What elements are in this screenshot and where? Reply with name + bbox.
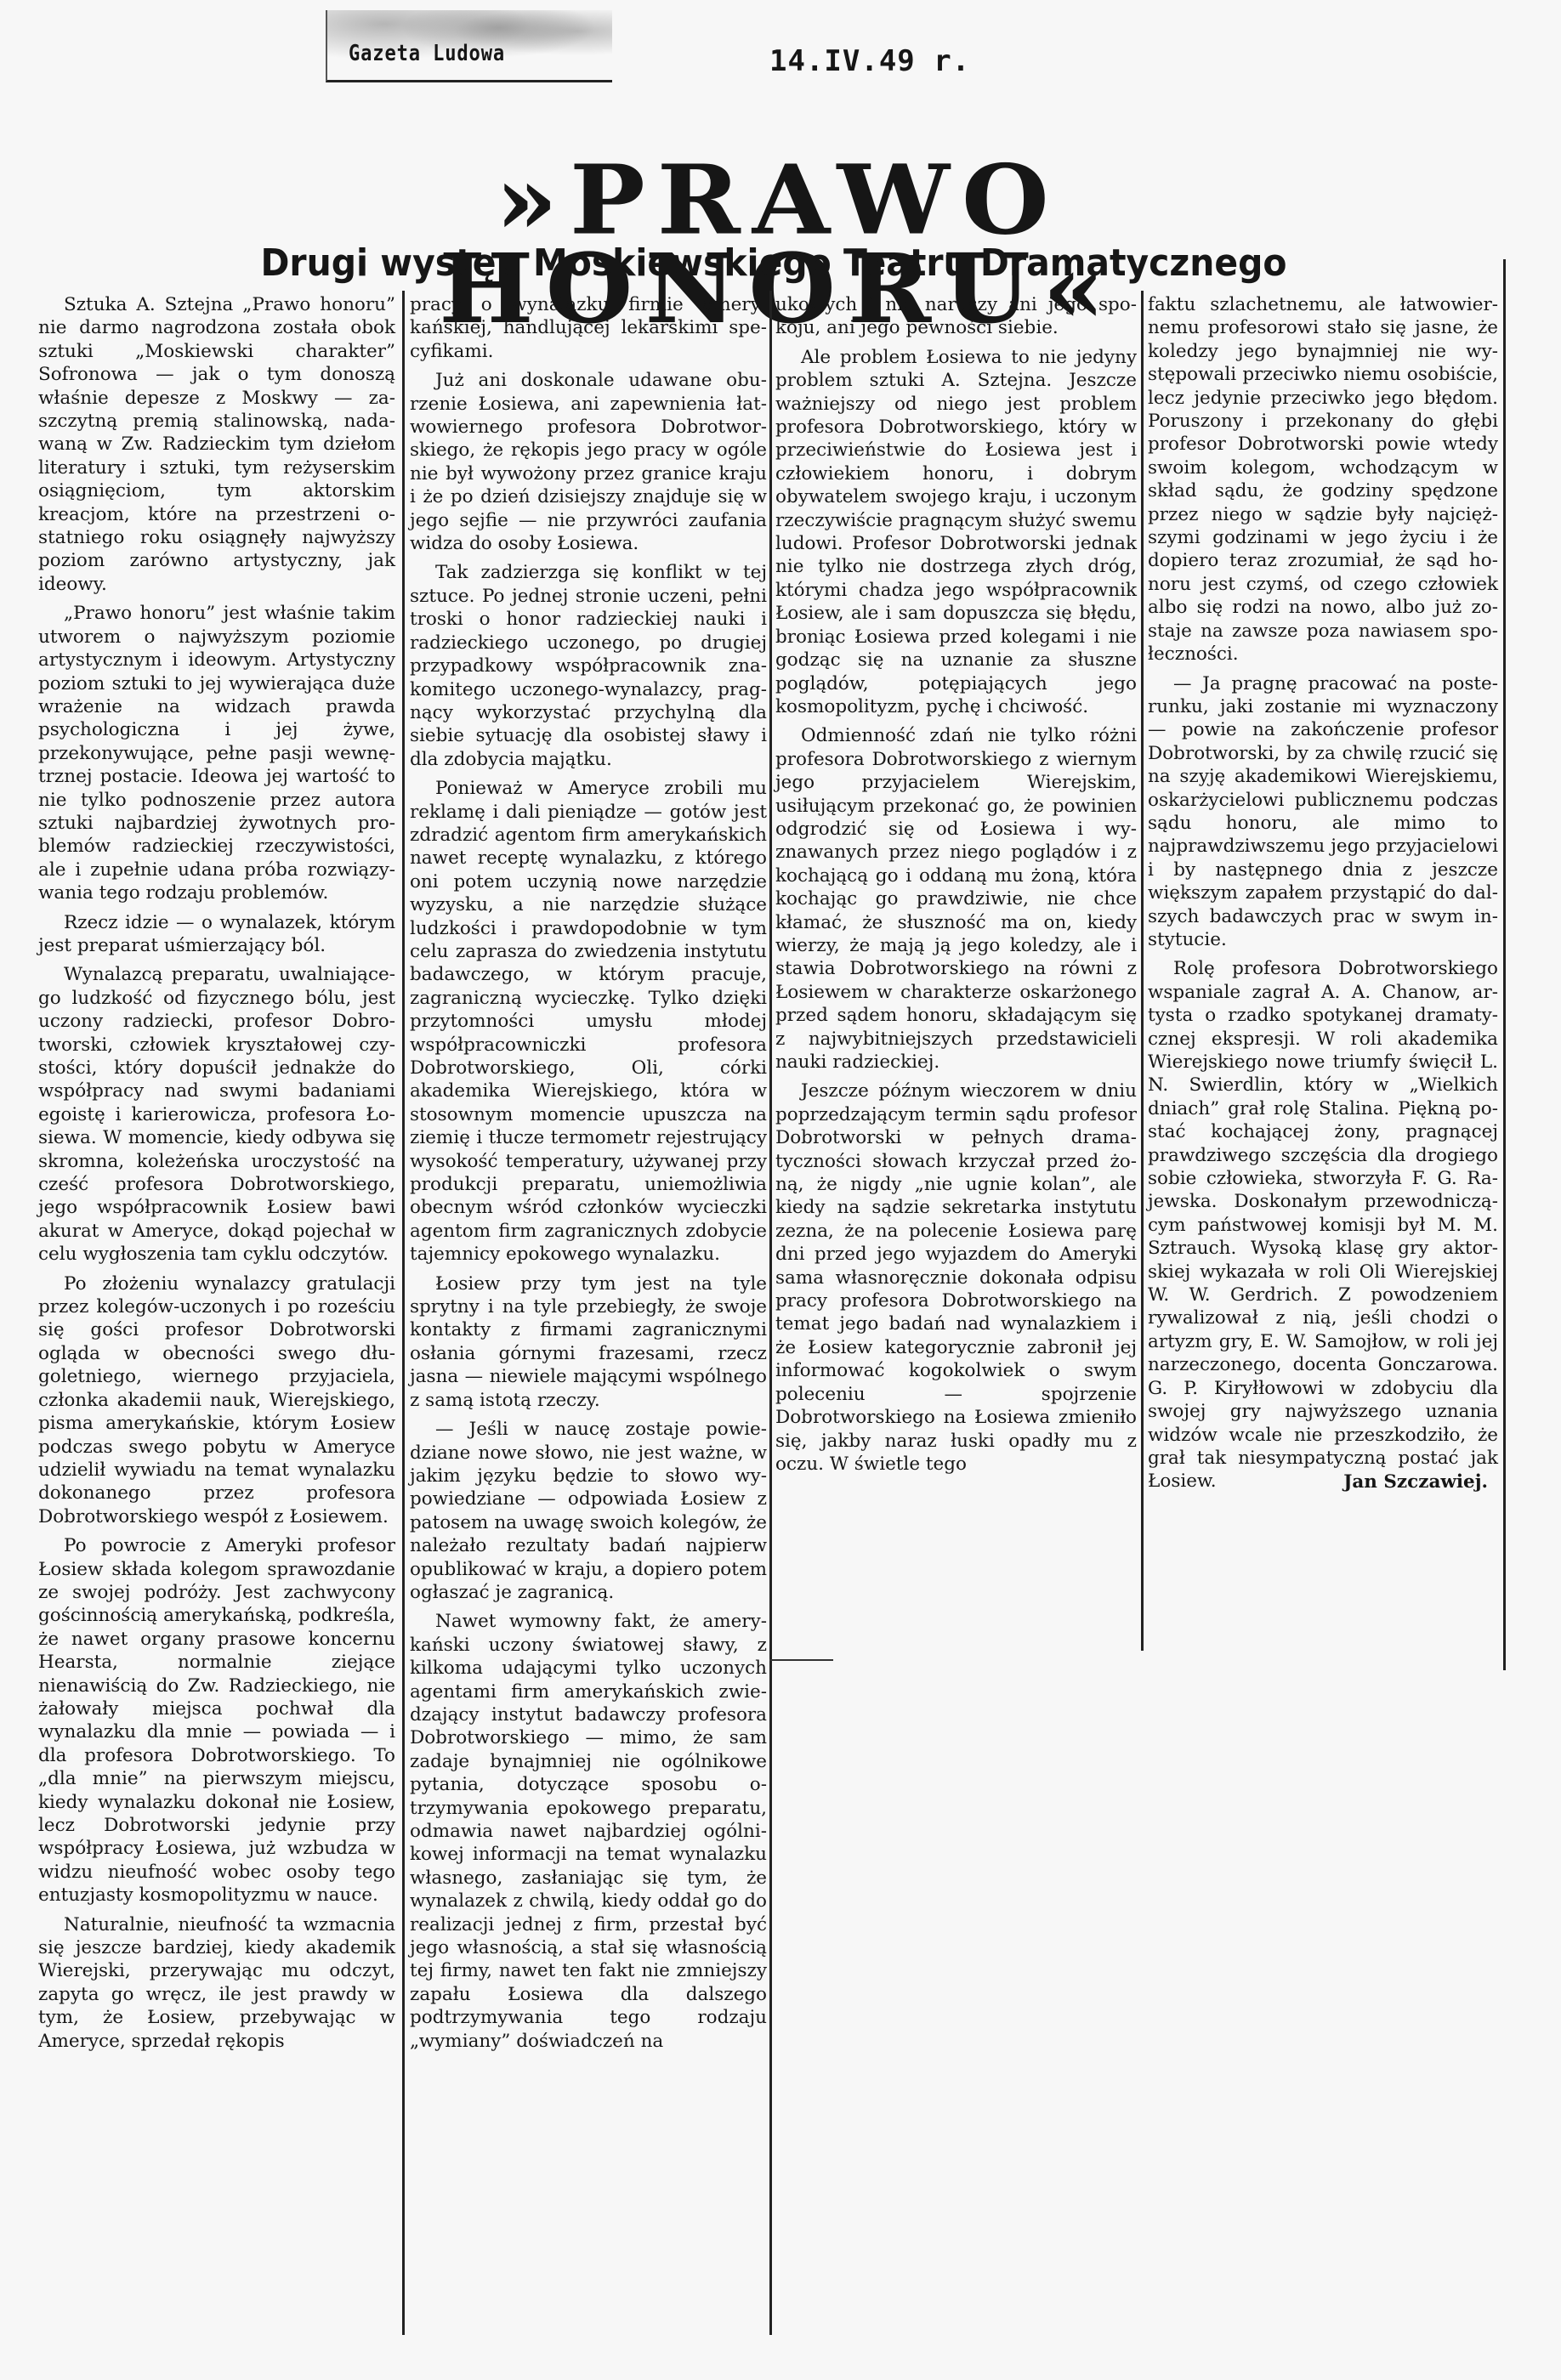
- paragraph: Tak zadzierzga się konflikt w tej sztuce…: [410, 561, 767, 771]
- paragraph: Po złożeniu wynalazcy gratulacji przez k…: [38, 1272, 395, 1528]
- paragraph: Ale problem Łosiewa to nie jedy­ny probl…: [775, 346, 1137, 719]
- publication-date: 14.IV.49 r.: [769, 44, 970, 78]
- column-rule: [1141, 291, 1144, 1651]
- paragraph: Jeszcze późnym wieczorem w dniu poprzedz…: [775, 1079, 1137, 1476]
- paragraph: pracy o wynalazku firmie amery­kańskiej,…: [410, 293, 767, 363]
- paragraph: Rolę profesora Dobrotworskiego wspaniale…: [1148, 957, 1498, 1493]
- article-column-4: faktu szlachetnemu, ale łatwowier­nemu p…: [1148, 293, 1498, 1493]
- article-subtitle: Drugi występ Moskiewskiego Teatru Dramat…: [204, 242, 1342, 285]
- column-rule: [402, 291, 405, 2335]
- paragraph: Rzecz idzie — o wynalazek, któ­rym jest …: [38, 911, 395, 958]
- paragraph: Odmienność zdań nie tylko różni profesor…: [775, 724, 1137, 1074]
- paragraph: Łosiew przy tym jest na tyle sprytny i n…: [410, 1272, 767, 1412]
- paragraph: Naturalnie, nieufność ta wzmac­nia się j…: [38, 1913, 395, 2053]
- paragraph: faktu szlachetnemu, ale łatwowier­nemu p…: [1148, 293, 1498, 666]
- paragraph: ukowych i nie naruszy ani jego spo­koju,…: [775, 293, 1137, 340]
- paragraph: „Prawo honoru” jest właśnie ta­kim utwor…: [38, 602, 395, 904]
- paragraph: Po powrocie z Ameryki profesor Łosiew sk…: [38, 1534, 395, 1907]
- paragraph: — Jeśli w naucę zostaje powie­dziane now…: [410, 1418, 767, 1604]
- article-column-2: pracy o wynalazku firmie amery­kańskiej,…: [410, 293, 767, 2059]
- column-rule: [1503, 259, 1506, 1670]
- paragraph: Wynalazcą preparatu, uwalniające­go ludz…: [38, 963, 395, 1266]
- clipping-cut-line: [769, 1659, 833, 1661]
- paragraph: Już ani doskonale udawane obu­rzenie Łos…: [410, 369, 767, 555]
- article-column-3: ukowych i nie naruszy ani jego spo­koju,…: [775, 293, 1137, 1482]
- column-rule: [769, 291, 772, 2335]
- paragraph: Sztuka A. Sztejna „Prawo hono­ru” nie da…: [38, 293, 395, 596]
- article-column-1: Sztuka A. Sztejna „Prawo hono­ru” nie da…: [38, 293, 395, 2059]
- paragraph: — Ja pragnę pracować na poste­runku, jak…: [1148, 672, 1498, 952]
- newspaper-name: Gazeta Ludowa: [349, 41, 505, 66]
- paragraph: Nawet wymowny fakt, że amery­kański uczo…: [410, 1610, 767, 2053]
- paragraph: Ponieważ w Ameryce zrobili mu reklamę i …: [410, 777, 767, 1266]
